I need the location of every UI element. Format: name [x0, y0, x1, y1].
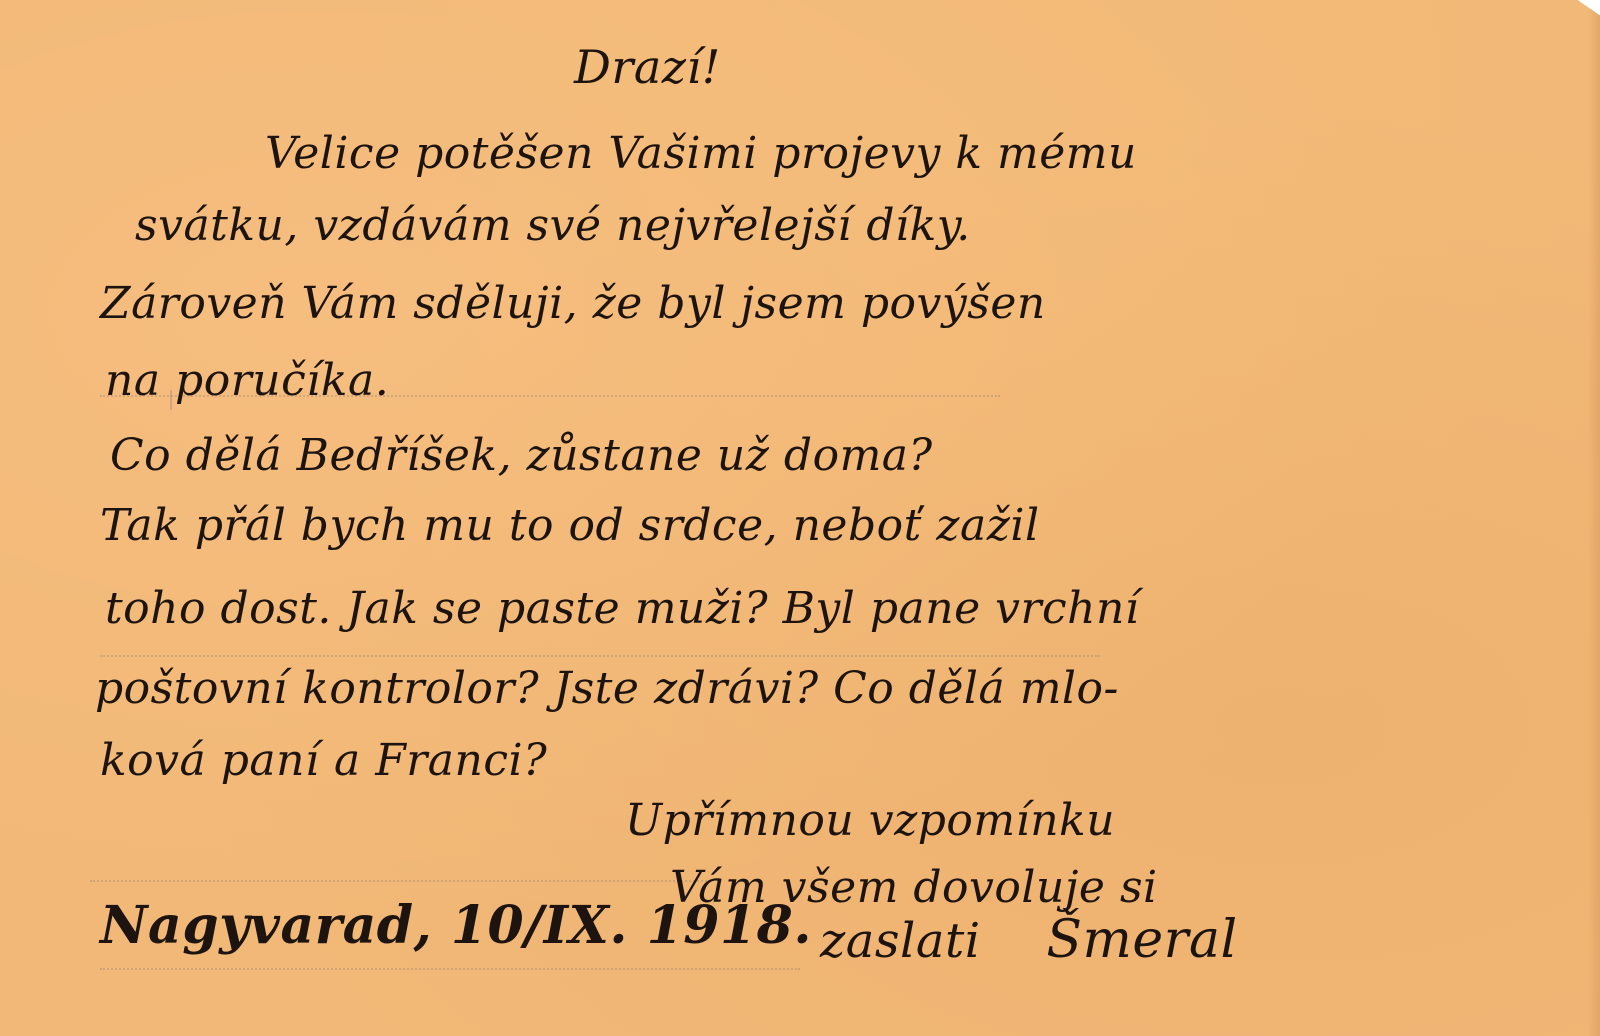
- signature-verb: zaslati: [820, 913, 981, 969]
- salutation: Drazí!: [574, 40, 721, 94]
- body-line: Co dělá Bedříšek, zůstane už doma?: [110, 430, 933, 481]
- body-line: ková paní a Franci?: [100, 735, 547, 786]
- body-line: toho dost. Jak se paste muži? Byl pane v…: [105, 583, 1139, 634]
- bleed-through-line: [100, 655, 1100, 657]
- body-line: Tak přál bych mu to od srdce, neboť zaži…: [100, 500, 1040, 551]
- body-line: na poručíka.: [105, 355, 389, 406]
- closing-line: Upřímnou vzpomínku: [625, 795, 1115, 846]
- card-edge: [1588, 0, 1600, 1036]
- bleed-through-line: [90, 880, 710, 882]
- place-and-date: Nagyvarad, 10/IX. 1918.: [100, 895, 812, 956]
- signature: zaslati Šmeral: [820, 910, 1238, 970]
- signature-name: Šmeral: [1046, 910, 1237, 970]
- postcard: Drazí! Velice potěšen Vašimi projevy k m…: [0, 0, 1600, 1036]
- body-line: Velice potěšen Vašimi projevy k mému: [265, 128, 1137, 179]
- body-line: poštovní kontrolor? Jste zdrávi? Co dělá…: [95, 663, 1119, 714]
- body-line: svátku, vzdávám své nejvřelejší díky.: [135, 200, 971, 251]
- bleed-through-line: [100, 968, 800, 970]
- body-line: Zároveň Vám sděluji, že byl jsem povýšen: [100, 278, 1046, 329]
